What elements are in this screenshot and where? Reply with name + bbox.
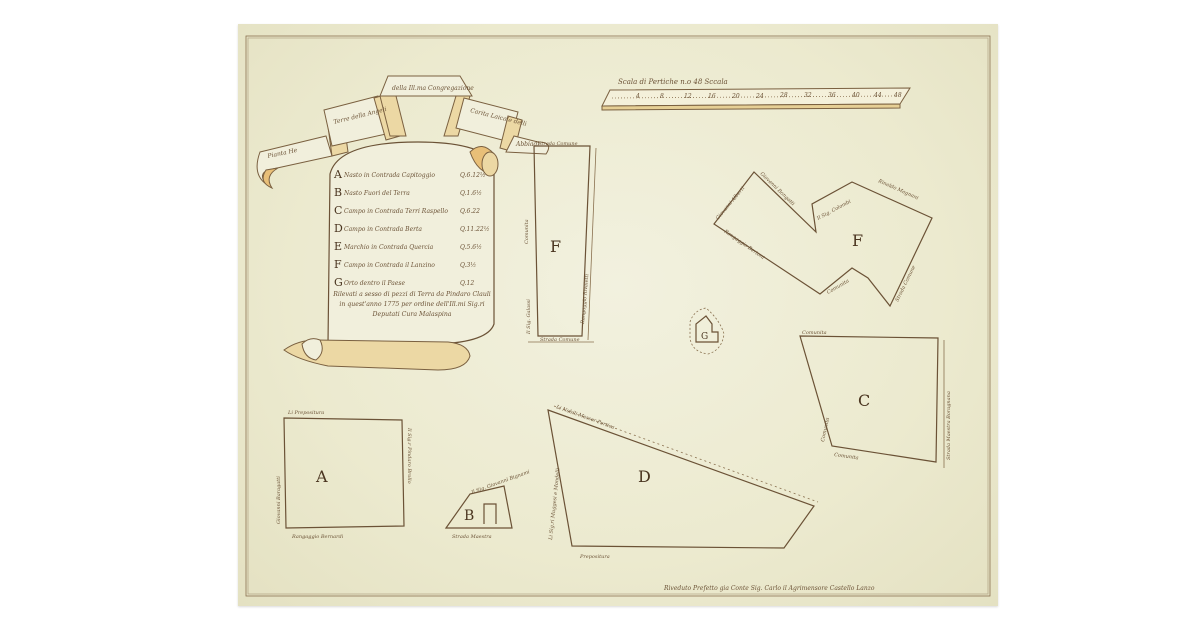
svg-text:40: 40	[851, 92, 860, 99]
svg-text:Nasto in Contrada Capitoggio: Nasto in Contrada Capitoggio	[343, 172, 435, 179]
svg-text:Il Sig. Giovanni Bignami: Il Sig. Giovanni Bignami	[470, 469, 531, 496]
svg-text:12: 12	[684, 93, 692, 100]
svg-text:Il Sig.r Pindaro Brollo: Il Sig.r Pindaro Brollo	[406, 427, 412, 484]
svg-text:Comunita: Comunita	[826, 278, 850, 296]
svg-text:Giovanni Bongatti: Giovanni Bongatti	[759, 171, 796, 207]
map-drawing: Pianta He Terre della Angeli della Ill.m…	[238, 24, 998, 606]
svg-text:B: B	[334, 186, 342, 199]
svg-text:Strada Comune: Strada Comune	[894, 265, 917, 303]
svg-text:Q.3½: Q.3½	[460, 262, 476, 269]
svg-text:32: 32	[804, 92, 812, 99]
svg-text:Li Sig.ri Muggesi e Mondelli: Li Sig.ri Muggesi e Mondelli	[548, 467, 562, 541]
svg-text:Q.12: Q.12	[460, 280, 474, 287]
legend-note: Rilevati a sesso di pezzi di Terra da Pi…	[332, 290, 492, 320]
svg-text:A: A	[315, 467, 328, 486]
svg-text:48: 48	[893, 92, 902, 99]
svg-text:Giovanni Alberti: Giovanni Alberti	[715, 185, 746, 221]
svg-text:4: 4	[635, 93, 640, 100]
svg-text:Li Prepositura: Li Prepositura	[287, 410, 324, 416]
svg-text:44: 44	[873, 92, 882, 99]
svg-text:Q.5.6½: Q.5.6½	[460, 244, 482, 251]
svg-text:F: F	[334, 258, 342, 271]
map-sheet: Pianta He Terre della Angeli della Ill.m…	[238, 24, 998, 606]
svg-text:Orto dentro il Paese: Orto dentro il Paese	[344, 280, 405, 287]
svg-text:Giovanni Baragatti: Giovanni Baragatti	[276, 476, 282, 524]
svg-text:Comunita: Comunita	[524, 219, 530, 244]
svg-text:28: 28	[779, 92, 788, 99]
svg-text:Comunita: Comunita	[834, 452, 859, 461]
svg-text:D: D	[334, 222, 343, 235]
ribbon-text-3: della Ill.ma Congregazione	[392, 85, 474, 92]
svg-text:Strada Maestra: Strada Maestra	[452, 534, 492, 540]
svg-text:Rangaggio Bertoni: Rangaggio Bertoni	[722, 228, 766, 261]
svg-text:B: B	[464, 508, 474, 524]
parcel-g: G	[690, 308, 724, 354]
svg-text:Rangaggio Bernardi: Rangaggio Bernardi	[291, 534, 344, 540]
svg-text:E: E	[334, 240, 342, 253]
svg-text:G: G	[701, 332, 708, 342]
svg-text:Il Sig. Colombi: Il Sig. Colombi	[815, 199, 852, 223]
parcel-a: A Li Prepositura Il Sig.r Pindaro Brollo…	[276, 410, 412, 540]
svg-text:20: 20	[731, 93, 740, 100]
svg-text:Q.6.12½: Q.6.12½	[460, 172, 486, 179]
svg-text:F: F	[550, 237, 561, 256]
svg-text:Campo in Contrada Terri Raspel: Campo in Contrada Terri Raspello	[344, 208, 448, 215]
svg-text:Strada Maestra Boragnana: Strada Maestra Boragnana	[946, 391, 952, 460]
svg-text:C: C	[858, 391, 870, 410]
svg-text:36: 36	[828, 92, 836, 99]
parcel-f: F Giovanni Alberti Giovanni Bongatti Il …	[714, 171, 932, 306]
svg-text:C: C	[334, 204, 342, 217]
svg-text:Li Nobili Messer Pertica: Li Nobili Messer Pertica	[554, 404, 615, 431]
parcel-e: F Strada Comune Comunita Rangaggio Rival…	[524, 141, 596, 343]
svg-text:Q.6.22: Q.6.22	[460, 208, 480, 215]
parcel-b: B Il Sig. Giovanni Bignami Strada Maestr…	[446, 469, 531, 540]
svg-text:24: 24	[755, 93, 764, 100]
svg-text:D: D	[638, 467, 651, 486]
svg-text:Nasto Fuori del Terra: Nasto Fuori del Terra	[343, 190, 410, 197]
scale-caption: Scala di Pertiche n.o 48 Sccala	[618, 78, 728, 86]
svg-text:Campo in Contrada il Lanzino: Campo in Contrada il Lanzino	[344, 262, 435, 269]
svg-text:F: F	[852, 231, 863, 250]
svg-text:8: 8	[660, 93, 664, 100]
svg-text:Rinaldo Magnani: Rinaldo Magnani	[876, 178, 919, 202]
ribbon-text-5: Abbiadi	[515, 141, 539, 148]
svg-text:Marchio in Contrada Quercia: Marchio in Contrada Quercia	[343, 244, 434, 251]
svg-text:G: G	[334, 276, 343, 289]
svg-text:A: A	[333, 168, 343, 181]
svg-text:Il Sig. Galassi: Il Sig. Galassi	[526, 299, 532, 335]
svg-text:Comunita: Comunita	[802, 330, 827, 336]
parcel-d: D Li Nobili Messer Pertica Prepositura L…	[548, 404, 818, 560]
svg-text:Q.1.6½: Q.1.6½	[460, 190, 482, 197]
svg-text:Q.11.22½: Q.11.22½	[460, 226, 490, 233]
surveyor-signature: Riveduto Prefetto gia Conte Sig. Carlo i…	[663, 585, 875, 592]
svg-text:Campo in Contrada Berta: Campo in Contrada Berta	[344, 226, 422, 233]
svg-text:Strada Comune: Strada Comune	[538, 141, 578, 147]
svg-text:Strada Comune: Strada Comune	[540, 337, 580, 343]
svg-text:Prepositura: Prepositura	[579, 554, 610, 560]
svg-text:16: 16	[708, 93, 716, 100]
scale-bar: Scala di Pertiche n.o 48 Sccala 4 8 12 1…	[602, 78, 910, 110]
parcel-c: C Comunita Strada Maestra Boragnana Comu…	[800, 330, 952, 468]
